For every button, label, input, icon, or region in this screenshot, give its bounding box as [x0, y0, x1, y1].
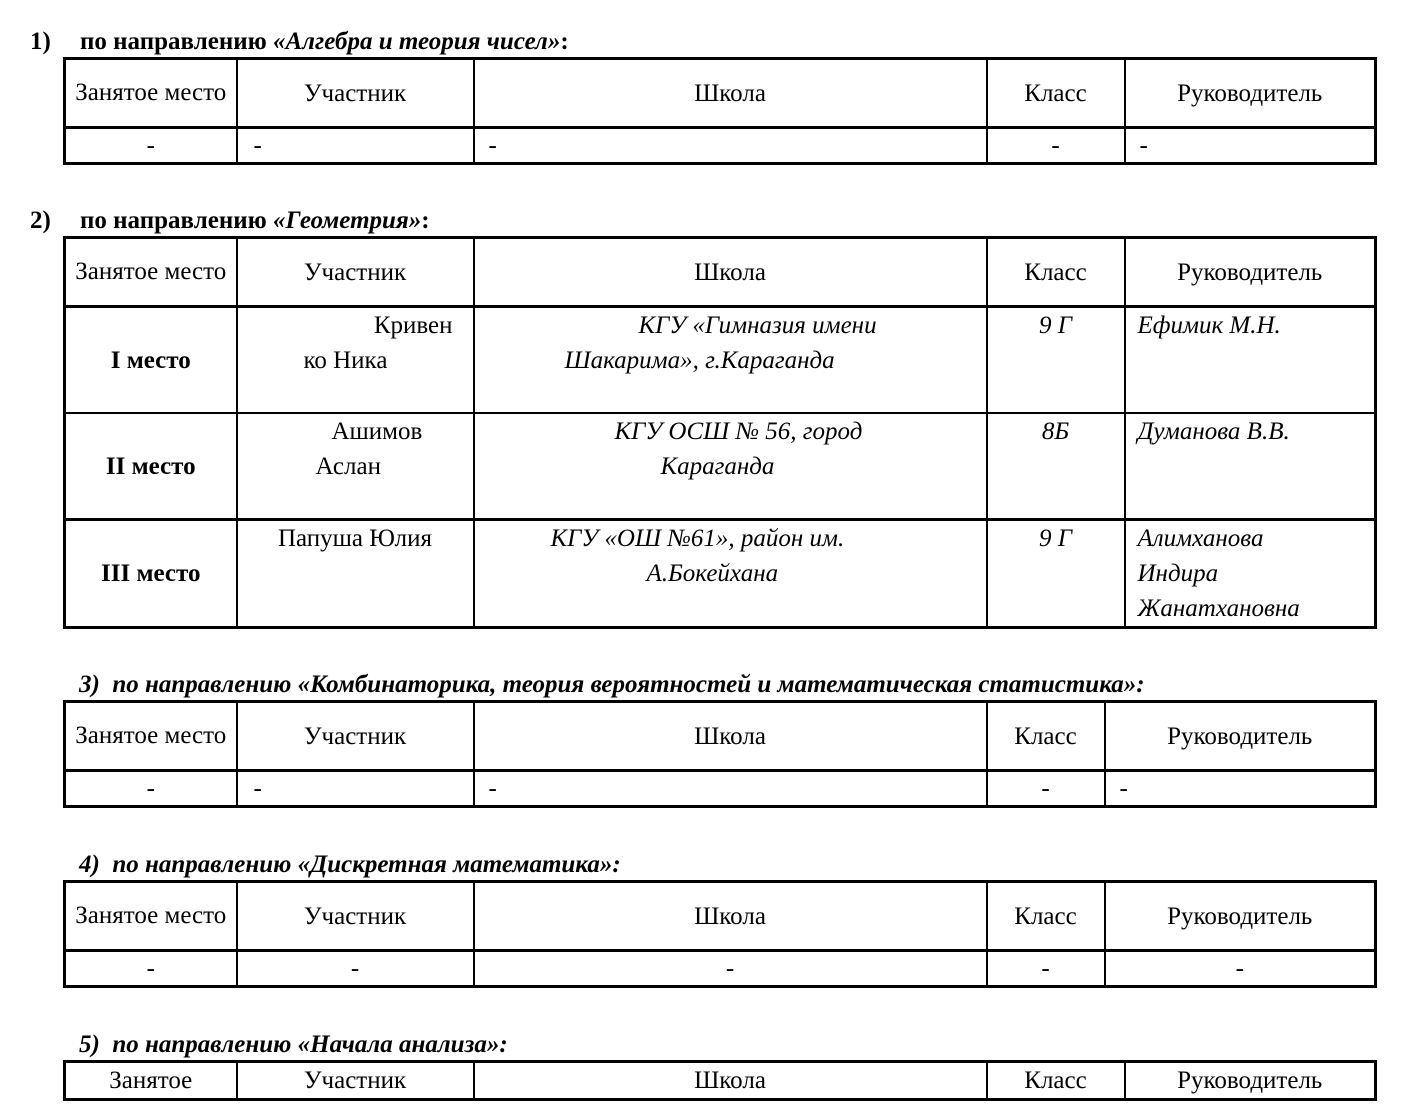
- school-line: А.Бокейхана: [481, 556, 980, 591]
- header-participant: Участник: [237, 238, 474, 307]
- supervisor-line: Алимханова: [1138, 521, 1369, 556]
- cell-place: -: [65, 951, 237, 987]
- header-school: Школа: [474, 238, 987, 307]
- table-header-row: Занятое Участник Школа Класс Руководител…: [65, 1062, 1376, 1100]
- cell-place: III место: [65, 520, 237, 628]
- header-participant: Участник: [237, 702, 474, 771]
- cell-place: II место: [65, 413, 237, 520]
- section-subject: «Геометрия»: [273, 207, 421, 234]
- table-header-row: Занятое место Участник Школа Класс Руков…: [65, 59, 1376, 128]
- table-row: - - - - -: [65, 951, 1376, 987]
- header-school: Школа: [474, 1062, 987, 1100]
- cell-school: -: [474, 951, 987, 987]
- section-title: по направлению «Комбинаторика, теория ве…: [112, 671, 1144, 698]
- section-prefix: по направлению: [80, 28, 273, 55]
- cell-grade: -: [987, 771, 1105, 807]
- cell-school: -: [474, 128, 987, 164]
- section-1-table: Занятое место Участник Школа Класс Руков…: [63, 57, 1377, 165]
- participant-line: Папуша Юлия: [244, 521, 467, 556]
- section-1-heading: 1)по направлению «Алгебра и теория чисел…: [30, 28, 569, 56]
- header-supervisor: Руководитель: [1125, 238, 1376, 307]
- header-supervisor: Руководитель: [1105, 882, 1376, 951]
- table-row: I место Кривен ко Ника КГУ «Гимназия име…: [65, 307, 1376, 414]
- cell-participant: Кривен ко Ника: [237, 307, 474, 414]
- table-header-row: Занятое место Участник Школа Класс Руков…: [65, 882, 1376, 951]
- header-grade: Класс: [987, 59, 1125, 128]
- header-school: Школа: [474, 702, 987, 771]
- header-place: Занятое место: [65, 882, 237, 951]
- section-5-heading: 5) по направлению «Начала анализа»:: [79, 1031, 508, 1059]
- school-line: Караганда: [481, 449, 980, 484]
- participant-line: Аслан: [244, 449, 467, 484]
- table-row: - - - - -: [65, 128, 1376, 164]
- header-participant: Участник: [237, 882, 474, 951]
- cell-supervisor: Алимханова Индира Жанатхановна: [1125, 520, 1376, 628]
- cell-supervisor: Ефимик М.Н.: [1125, 307, 1376, 414]
- table-header-row: Занятое место Участник Школа Класс Руков…: [65, 238, 1376, 307]
- section-suffix: :: [560, 28, 568, 55]
- header-grade: Класс: [987, 238, 1125, 307]
- cell-participant: Ашимов Аслан: [237, 413, 474, 520]
- header-place: Занятое место: [65, 59, 237, 128]
- cell-supervisor: Думанова В.В.: [1125, 413, 1376, 520]
- cell-place: -: [65, 771, 237, 807]
- participant-line: ко Ника: [244, 343, 467, 378]
- cell-grade: 8Б: [987, 413, 1125, 520]
- section-prefix: по направлению: [80, 207, 273, 234]
- section-2-heading: 2)по направлению «Геометрия»:: [30, 207, 430, 235]
- cell-grade: 9 Г: [987, 307, 1125, 414]
- cell-supervisor: -: [1105, 771, 1376, 807]
- section-title: по направлению «Начала анализа»:: [112, 1031, 507, 1058]
- header-place: Занятое место: [65, 238, 237, 307]
- section-title: по направлению «Дискретная математика»:: [112, 851, 620, 878]
- cell-grade: 9 Г: [987, 520, 1125, 628]
- header-supervisor: Руководитель: [1125, 1062, 1376, 1100]
- header-participant: Участник: [237, 1062, 474, 1100]
- section-subject: «Алгебра и теория чисел»: [273, 28, 560, 55]
- section-4-table: Занятое место Участник Школа Класс Руков…: [63, 880, 1377, 988]
- cell-grade: -: [987, 951, 1105, 987]
- header-school: Школа: [474, 59, 987, 128]
- participant-line: Кривен: [244, 308, 467, 343]
- section-number: 1): [30, 28, 80, 56]
- header-supervisor: Руководитель: [1105, 702, 1376, 771]
- header-participant: Участник: [237, 59, 474, 128]
- section-5-table: Занятое Участник Школа Класс Руководител…: [63, 1060, 1377, 1101]
- header-school: Школа: [474, 882, 987, 951]
- header-supervisor: Руководитель: [1125, 59, 1376, 128]
- supervisor-line: Ефимик М.Н.: [1138, 308, 1369, 343]
- school-line: Шакарима», г.Караганда: [481, 343, 980, 378]
- header-grade: Класс: [987, 1062, 1125, 1100]
- section-4-heading: 4) по направлению «Дискретная математика…: [79, 851, 621, 879]
- cell-grade: -: [987, 128, 1125, 164]
- section-number: 2): [30, 207, 80, 235]
- section-3-table: Занятое место Участник Школа Класс Руков…: [63, 700, 1377, 808]
- section-2-table: Занятое место Участник Школа Класс Руков…: [63, 236, 1377, 629]
- school-line: КГУ «Гимназия имени: [481, 308, 980, 343]
- header-grade: Класс: [987, 882, 1105, 951]
- table-header-row: Занятое место Участник Школа Класс Руков…: [65, 702, 1376, 771]
- cell-place: -: [65, 128, 237, 164]
- cell-participant: -: [237, 128, 474, 164]
- school-line: КГУ «ОШ №61», район им.: [481, 521, 980, 556]
- supervisor-line: Думанова В.В.: [1138, 414, 1369, 449]
- cell-participant: Папуша Юлия: [237, 520, 474, 628]
- header-place: Занятое место: [65, 702, 237, 771]
- header-place: Занятое: [65, 1062, 237, 1100]
- table-row: - - - - -: [65, 771, 1376, 807]
- table-row: III место Папуша Юлия КГУ «ОШ №61», райо…: [65, 520, 1376, 628]
- cell-supervisor: -: [1105, 951, 1376, 987]
- header-grade: Класс: [987, 702, 1105, 771]
- table-row: II место Ашимов Аслан КГУ ОСШ № 56, горо…: [65, 413, 1376, 520]
- cell-place: I место: [65, 307, 237, 414]
- cell-participant: -: [237, 951, 474, 987]
- school-line: КГУ ОСШ № 56, город: [481, 414, 980, 449]
- section-suffix: :: [421, 207, 429, 234]
- cell-supervisor: -: [1125, 128, 1376, 164]
- section-number: 5): [79, 1031, 100, 1058]
- supervisor-line: Индира: [1138, 556, 1369, 591]
- section-number: 4): [79, 851, 100, 878]
- supervisor-line: Жанатхановна: [1138, 591, 1369, 626]
- cell-school: КГУ «ОШ №61», район им. А.Бокейхана: [474, 520, 987, 628]
- section-3-heading: 3) по направлению «Комбинаторика, теория…: [79, 671, 1145, 699]
- cell-school: КГУ «Гимназия имени Шакарима», г.Караган…: [474, 307, 987, 414]
- cell-school: КГУ ОСШ № 56, город Караганда: [474, 413, 987, 520]
- participant-line: Ашимов: [244, 414, 467, 449]
- section-number: 3): [79, 671, 100, 698]
- cell-participant: -: [237, 771, 474, 807]
- cell-school: -: [474, 771, 987, 807]
